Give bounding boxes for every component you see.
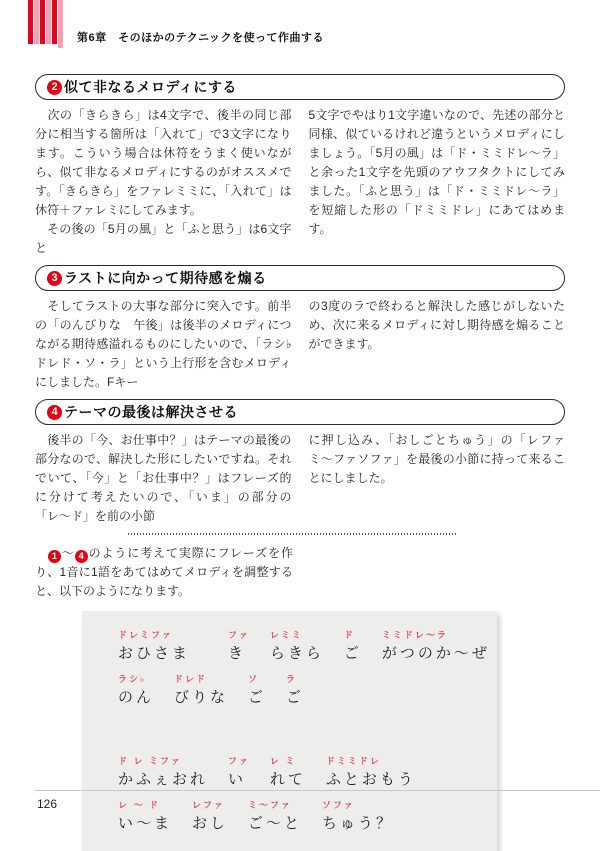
section-4-body: 後半の「今、お仕事中？」はテーマの最後の部分なので、解決した形にしたいですね。そ… [35, 431, 565, 526]
melody-line-3: ド レ ミファ かふぇおれ ファ い レ ミ れて ドミミドレ ふとおもう [118, 756, 479, 790]
note-labels: ソファ [322, 800, 394, 811]
lyric-text: らきら [270, 644, 324, 664]
section-4-right-column: に押し込み、「おしごとちゅう」の「レファミ〜ファソファ」を最後の小節に持って来る… [309, 431, 566, 526]
section-title: 似て非なるメロディにする [64, 77, 237, 97]
footer-divider [35, 790, 600, 791]
stripe [58, 0, 63, 48]
note-labels: レファ [192, 800, 228, 811]
note-labels: ミミドレ〜ラ [382, 630, 490, 641]
section-3-body: そしてラストの大事な部分に突入です。前半の「のんびりな 午後」は後半のメロディに… [35, 297, 565, 392]
section-heading-2: 2 似て非なるメロディにする [35, 74, 565, 100]
melody-unit: ミ〜ファ ご〜と [248, 800, 302, 834]
lyric-text: のん [118, 688, 154, 708]
lyric-text: き [228, 644, 250, 664]
stripe [52, 0, 57, 44]
note-labels: レ 〜 ド [118, 800, 172, 811]
melody-unit: ド レ ミファ かふぇおれ [118, 756, 208, 790]
melody-line-2: ラシ♭ のん ドレド びりな ソ ご ラ ご [118, 674, 479, 708]
lyric-text: ふとおもう [326, 770, 416, 790]
stripe [28, 0, 33, 44]
note-labels: レ ミ [270, 756, 306, 767]
note-labels: ラ [286, 674, 304, 685]
note-labels: レミミ [270, 630, 324, 641]
melody-unit: レミミ らきら [270, 630, 324, 664]
melody-line-1: ドレミファ おひさま ファ き レミミ らきら ド ご ミミドレ〜ラ がつのか〜… [118, 630, 479, 664]
circled-number-icon: 4 [47, 405, 62, 420]
melody-example-box: ドレミファ おひさま ファ き レミミ らきら ド ご ミミドレ〜ラ がつのか〜… [82, 611, 497, 851]
section-title: ラストに向かって期待感を煽る [64, 268, 267, 288]
note-labels: ミ〜ファ [248, 800, 302, 811]
melody-unit: ファ い [228, 756, 250, 790]
lyric-text: おひさま [118, 644, 190, 664]
note-labels: ソ [248, 674, 266, 685]
lyric-text: かふぇおれ [118, 770, 208, 790]
note-labels: ドミミドレ [326, 756, 416, 767]
stripe [34, 0, 39, 44]
range-mark: 〜 [61, 546, 75, 560]
brand-stripes-icon [28, 0, 63, 48]
chapter-header: 第6章 そのほかのテクニックを使って作曲する [77, 29, 324, 45]
page-content: 2 似て非なるメロディにする 次の「きらきら」は4文字で、後半の同じ部分に相当す… [35, 74, 565, 851]
section-4-left-column: 後半の「今、お仕事中？」はテーマの最後の部分なので、解決した形にしたいですね。そ… [35, 431, 292, 526]
note-labels: ラシ♭ [118, 674, 154, 685]
lyric-text: れて [270, 770, 306, 790]
note-labels: ド レ ミファ [118, 756, 208, 767]
section-title: テーマの最後は解決させる [64, 402, 238, 422]
section-3-left-column: そしてラストの大事な部分に突入です。前半の「のんびりな 午後」は後半のメロディに… [35, 297, 292, 392]
indent [35, 546, 48, 560]
melody-unit: ドミミドレ ふとおもう [326, 756, 416, 790]
lyric-text: ご [286, 688, 304, 708]
lyric-text: ご [344, 644, 362, 664]
stripe [40, 0, 45, 44]
circled-number-1-icon: 1 [48, 550, 61, 563]
melody-unit: ドレミファ おひさま [118, 630, 190, 664]
melody-unit: ソ ご [248, 674, 266, 708]
melody-unit: ソファ ちゅう？ [322, 800, 394, 834]
lyric-text: おし [192, 814, 228, 834]
circled-number-icon: 3 [47, 271, 62, 286]
melody-unit: レファ おし [192, 800, 228, 834]
dotted-divider [128, 533, 458, 535]
note-labels: ドレミファ [118, 630, 190, 641]
lyric-text: がつのか〜ぜ [382, 644, 490, 664]
note-labels: ド [344, 630, 362, 641]
note-labels: ドレド [174, 674, 228, 685]
lyric-text: ご [248, 688, 266, 708]
melody-unit: レ 〜 ド い〜ま [118, 800, 172, 834]
note-labels: ファ [228, 756, 250, 767]
note-labels: ファ [228, 630, 250, 641]
circled-number-4-icon: 4 [75, 550, 88, 563]
lyric-text: い〜ま [118, 814, 172, 834]
closing-paragraph: 1〜4のように考えて実際にフレーズを作り、1音に1語をあてはめてメロディを調整す… [35, 544, 293, 601]
lyric-text: びりな [174, 688, 228, 708]
section-heading-3: 3 ラストに向かって期待感を煽る [35, 265, 565, 291]
melody-unit: ラ ご [286, 674, 304, 708]
melody-unit: ファ き [228, 630, 250, 664]
lyric-text: い [228, 770, 250, 790]
stripe [46, 0, 51, 44]
section-3-right-column: の3度のラで終わると解決した感じがしないため、次に来るメロディに対し期待感を煽る… [309, 297, 566, 392]
section-2-body: 次の「きらきら」は4文字で、後半の同じ部分に相当する箇所は「入れて」で3文字にな… [35, 106, 565, 258]
melody-unit: ラシ♭ のん [118, 674, 154, 708]
section-2-right-column: 5文字でやはり1文字違いなので、先述の部分と同様、似ているけれど違うというメロデ… [309, 106, 566, 258]
section-2-left-column: 次の「きらきら」は4文字で、後半の同じ部分に相当する箇所は「入れて」で3文字にな… [35, 106, 292, 258]
circled-number-icon: 2 [47, 80, 62, 95]
page-number: 126 [37, 797, 57, 811]
lyric-text: ちゅう？ [322, 814, 394, 834]
section-heading-4: 4 テーマの最後は解決させる [35, 399, 565, 425]
melody-unit: ド ご [344, 630, 362, 664]
melody-line-4: レ 〜 ド い〜ま レファ おし ミ〜ファ ご〜と ソファ ちゅう？ [118, 800, 479, 834]
melody-unit: レ ミ れて [270, 756, 306, 790]
melody-unit: ドレド びりな [174, 674, 228, 708]
lyric-text: ご〜と [248, 814, 302, 834]
melody-unit: ミミドレ〜ラ がつのか〜ぜ [382, 630, 490, 664]
